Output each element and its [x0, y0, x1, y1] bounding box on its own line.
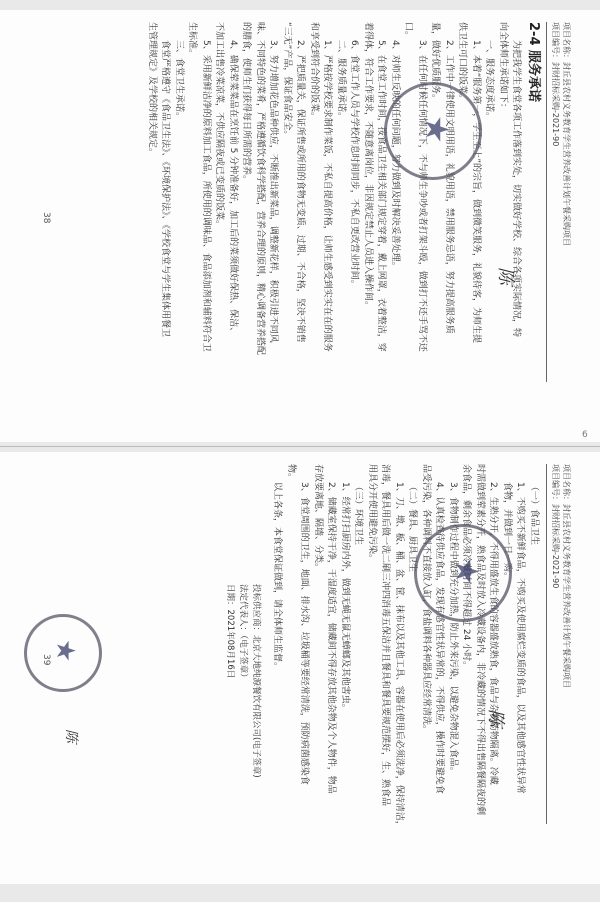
text-line: 存放要离地、隔墙、分类。: [311, 464, 325, 844]
text-line: （一）食品卫生: [527, 464, 541, 862]
text-line: “三无”产品，保证食品安全。: [280, 22, 294, 402]
text-line: 2、生熟分开，不得用盛放生食的容器盛放熟食，食品与杂物药物隔离。冷藏: [486, 464, 500, 862]
text-line: 食堂严格遵守《食品卫生法》、《环境保护法》、《学校食堂与学生集体用餐卫: [158, 22, 172, 420]
text-line: 2、严把质量关，保证所售或所用的食物无变质、过期、不合格，坚决不销售: [293, 22, 307, 420]
sign-date: 日期：2021年08月16日: [223, 584, 236, 864]
body-text: （一）食品卫生1、不购买不新鲜食品，不购买及使用腐烂变质的食品，以及其他感官性状…: [270, 464, 540, 864]
scanned-page-39: 项目名称：封丘县农村义务教育学生营养改善计划午餐采购项目 项目编号：封财招标采购…: [0, 452, 600, 884]
text-line: 3、努力增加花色品种供应，不断推出新菜品，调整新花样，积极引进不同风: [266, 22, 280, 420]
text-line: 量，做好优质服务。: [428, 22, 442, 402]
text-line: 3、食堂周围的卫生，地面、排水沟、垃圾桶等要经常清洗，预防病菌感染食: [297, 464, 311, 862]
page-number: 39: [39, 654, 53, 665]
text-line: 一、服务态度承诺。: [482, 22, 496, 420]
page-content: 项目名称：封丘县农村义务教育学生营养改善计划午餐采购项目 项目编号：封财招标采购…: [12, 464, 572, 864]
text-line: 6、食堂工作人员与学校作息时间同步，不私自更改营业时间。: [347, 22, 361, 420]
official-seal-icon: ★: [384, 82, 482, 180]
text-line: 用具分开使用避免污染。: [365, 464, 379, 844]
bidder-company: 投标供应商：北京大地纯源餐饮有限公司(电子签章): [249, 584, 262, 864]
text-line: 1、不购买不新鲜食品，不购买及使用腐烂变质的食品，以及其他感官性状异常: [513, 464, 527, 862]
project-number: 项目编号：封财招标采购-2021-90: [550, 464, 561, 824]
project-number: 项目编号：封财招标采购-2021-90: [550, 22, 561, 382]
handwritten-signature: 陈: [499, 267, 513, 285]
signature-block: 投标供应商：北京大地纯源餐饮有限公司(电子签章) 法定代表人：（电子签章） 日期…: [223, 464, 262, 864]
text-line: 1、刀、墩、板、桶、盆、筐、抹布以及其他工具、容器在使用后必须洗净，保持清洁，: [392, 464, 406, 862]
page-divider: [0, 446, 600, 447]
handwritten-signature: 陈: [489, 709, 503, 727]
text-line: 生标准。: [185, 22, 199, 402]
text-line: 和享受到符合价的饭菜。: [307, 22, 321, 402]
handwritten-signature: 陈: [64, 729, 78, 743]
text-line: 1、本着“服务第一，学生至上”的宗旨，做到微笑服务，礼貌待客，为师生提: [469, 22, 483, 420]
body-text: 为把我学生食堂各项工作落到实处，切实做好学校、综合各项实际情况，特向全体师生承诺…: [145, 22, 523, 422]
project-name: 项目名称：封丘县农村义务教育学生营养改善计划午餐采购项目: [561, 22, 572, 382]
text-line: 着得体，符合工作要求，不随意离岗位，非因规定禁止人员进入操作间。: [361, 22, 375, 402]
text-line: 以上各条，本食堂保证做到，请全体师生监督。: [270, 464, 284, 862]
text-line: 1、严格按学校要求制作菜饭，不私自提高价格，让师生感受到实实在在的服务: [320, 22, 334, 420]
text-line: （二）餐具、厨具卫生: [405, 464, 419, 862]
text-line: 2、储藏室保持干净，干湿度适宜，储藏间不得存放其他杂物及个人物件，物品: [324, 464, 338, 862]
text-line: 向全体师生承诺如下：: [496, 22, 510, 402]
legal-representative: 法定代表人：（电子签章）: [236, 584, 249, 864]
text-line: 的膳食，使师生们获得每日所需的营养。: [239, 22, 253, 402]
text-line: 5、采用新鲜洁净的原料加工食品，所使用的调味品、食品添加剂和辅料符合卫: [199, 22, 213, 420]
text-line: 5、在食堂工作时间，按食品卫生相关部门规定穿着，戴上网罩，衣着整洁，穿: [374, 22, 388, 420]
text-line: 时需做到荤素分开，熟食品及时放入冷藏设备内，非冷藏的情况下不得出售隔餐隔夜的剩: [473, 464, 487, 844]
text-line: 1、经常打扫厨房内外，做到无蝇无鼠无蟑螂及其他害虫。: [338, 464, 352, 862]
page-content: 项目名称：封丘县农村义务教育学生营养改善计划午餐采购项目 项目编号：封财招标采购…: [12, 22, 572, 422]
project-name: 项目名称：封丘县农村义务教育学生营养改善计划午餐采购项目: [561, 464, 572, 824]
page-header: 项目名称：封丘县农村义务教育学生营养改善计划午餐采购项目 项目编号：封财招标采购…: [546, 464, 572, 824]
text-line: 二、服务质量承诺。: [334, 22, 348, 420]
text-line: 味、不同特色的菜肴，严格遵循饮食科学搭配，营养合理的原则，精心调备营养搭配: [253, 22, 267, 402]
text-line: 食物，并做到一日一购。: [500, 464, 514, 862]
section-title: 2-4 服务承诺: [527, 22, 541, 422]
page-number: 38: [39, 212, 53, 223]
text-line: 生管理规定》及学校的相关规定。: [145, 22, 159, 402]
text-line: 余食品，剩余食品必须冷藏时间不得超过 24 小时。: [459, 464, 473, 844]
corner-mark: 6: [582, 430, 588, 440]
official-seal-icon: ★: [414, 524, 512, 622]
page-header: 项目名称：封丘县农村义务教育学生营养改善计划午餐采购项目 项目编号：封财招标采购…: [546, 22, 572, 382]
text-line: 4、认真检查待供应食品，发现有感官性状异常的，不得供应，操作时要避免食: [432, 464, 446, 862]
text-line: 口。: [401, 22, 415, 402]
text-line: 三、食堂卫生承诺。: [172, 22, 186, 420]
text-line: 不加工出售冷菜凉菜，不供应隔夜或已变质的饭菜。: [212, 22, 226, 402]
text-line: 供卫生可口的饭菜。: [455, 22, 469, 402]
text-line: 消毒，餐具用后做一洗二刷三冲四消毒五保洁并且餐具和餐具要规范摆好，生、熟食品: [378, 464, 392, 844]
text-line: 2、工作中一律使用文明用语，礼貌用语，禁用服务忌语，努力提高服务质: [442, 22, 456, 420]
company-seal-icon: ★: [24, 614, 102, 692]
text-line: 品受污染，各种调料不直接放入缸，食盐调料各种器具应经常清洗。: [419, 464, 433, 844]
text-line: 物。: [284, 464, 298, 844]
text-line: 4、对师生反映的任何问题，努力做到及时解决妥善处理。: [388, 22, 402, 420]
text-line: 为把我学生食堂各项工作落到实处，切实做好学校、综合各项实际情况，特: [509, 22, 523, 420]
text-line: （三）环境卫生: [351, 464, 365, 862]
scanned-page-38: 项目名称：封丘县农村义务教育学生营养改善计划午餐采购项目 项目编号：封财招标采购…: [0, 10, 600, 442]
text-line: 4、确保荤菜菜品在烹饪前 5 分钟准备好，加工后的菜须做好保热、保洁、: [226, 22, 240, 420]
